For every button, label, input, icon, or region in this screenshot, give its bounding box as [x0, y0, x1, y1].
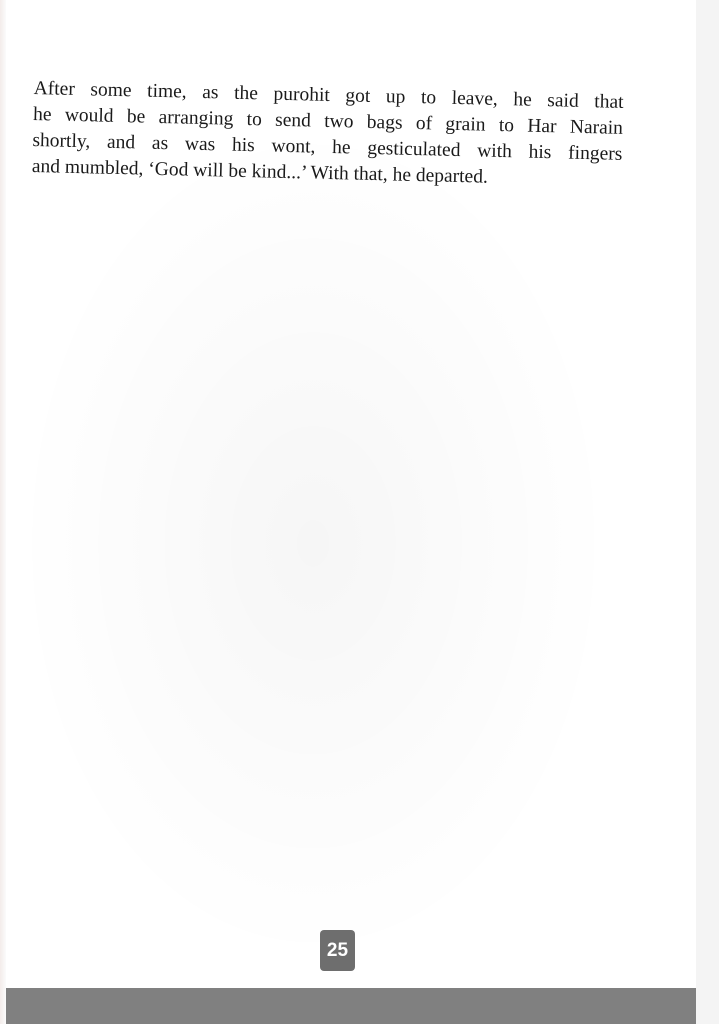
page-number-badge: 25: [320, 930, 355, 971]
paragraph: After some time, as the purohit got up t…: [32, 76, 624, 194]
bottom-bar: [6, 988, 696, 1024]
page-left-edge: [0, 0, 6, 1024]
book-page: After some time, as the purohit got up t…: [0, 0, 696, 988]
